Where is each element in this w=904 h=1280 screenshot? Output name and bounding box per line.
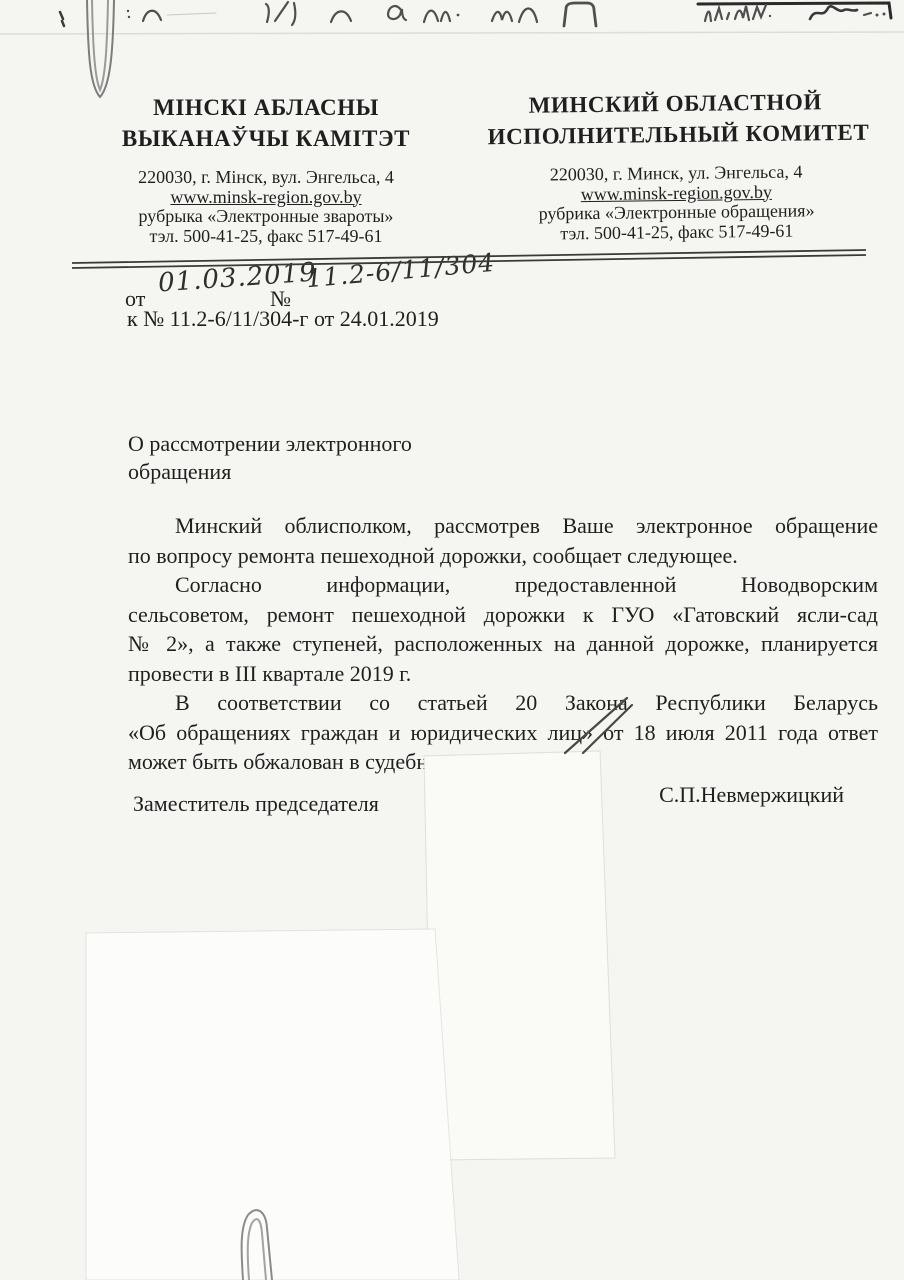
handwritten-outgoing-number: 11.2-6/11/304 [305,248,496,293]
body-line: «Об обращениях граждан и юридических лиц… [128,718,878,748]
body-line: может быть обжалован в судебном порядке. [128,747,878,777]
org-title-line2: ИСПОЛНИТЕЛЬНЫЙ КОМИТЕТ [487,117,863,153]
paper-patch-right [424,751,615,1160]
org-title-belarusian: МІНСКІ АБЛАСНЫ ВЫКАНАЎЧЫ КАМІТЭТ [110,92,422,154]
body-line: по вопросу ремонта пешеходной дорожки, с… [128,541,878,571]
org-title-russian: МИНСКИЙ ОБЛАСТНОЙ ИСПОЛНИТЕЛЬНЫЙ КОМИТЕТ [487,86,864,153]
handwritten-date: 01.03.2019 [157,257,318,298]
body-line: Согласно информации, предоставленной Нов… [128,570,878,600]
body-line: провести в III квартале 2019 г. [128,659,878,689]
org-contacts-russian: 220030, г. Минск, ул. Энгельса, 4 www.mi… [488,162,865,245]
letter-body: Минский облисполком, рассмотрев Ваше эле… [128,511,878,777]
letterhead-right: МИНСКИЙ ОБЛАСТНОЙ ИСПОЛНИТЕЛЬНЫЙ КОМИТЕТ… [487,86,865,245]
org-contacts-belarusian: 220030, г. Мінск, вул. Энгельса, 4 www.m… [110,168,422,246]
paper-patch-left [86,929,459,1280]
org-rubric: рубрыка «Электронные звароты» [110,207,422,227]
org-phone: тэл. 500-41-25, факс 517-49-61 [110,227,422,247]
body-line: Минский облисполком, рассмотрев Ваше эле… [128,511,878,541]
letterhead-left: МІНСКІ АБЛАСНЫ ВЫКАНАЎЧЫ КАМІТЭТ 220030,… [110,92,422,246]
body-line: № 2», а также ступеней, расположенных на… [128,629,878,659]
scan-faint-line [0,32,904,34]
scan-left-edge-mark [60,12,64,26]
body-line: В соответствии со статьей 20 Закона Респ… [128,688,878,718]
paperclip-top-icon [87,0,114,97]
org-address: 220030, г. Мінск, вул. Энгельса, 4 [110,168,422,188]
scan-edge-mark [698,3,891,18]
scanned-letter-page: МІНСКІ АБЛАСНЫ ВЫКАНАЎЧЫ КАМІТЭТ 220030,… [0,0,904,1280]
org-title-line2: ВЫКАНАЎЧЫ КАМІТЭТ [110,123,422,154]
signer-name: С.П.Невмержицкий [560,782,844,808]
subject-line1: О рассмотрении электронного [128,430,412,458]
reply-to-reference: к № 11.2-6/11/304-г от 24.01.2019 [127,306,439,332]
subject-block: О рассмотрении электронного обращения [128,430,412,486]
body-line: сельсоветом, ремонт пешеходной дорожки к… [128,600,878,630]
subject-line2: обращения [128,458,412,486]
paperclip-bottom-icon [242,1210,272,1280]
top-handwriting-scribbles [127,2,886,26]
org-title-line1: МИНСКИЙ ОБЛАСТНОЙ [487,86,863,122]
org-website: www.minsk-region.gov.by [110,188,422,208]
org-title-line1: МІНСКІ АБЛАСНЫ [110,92,422,123]
signer-position: Заместитель председателя [133,791,379,817]
